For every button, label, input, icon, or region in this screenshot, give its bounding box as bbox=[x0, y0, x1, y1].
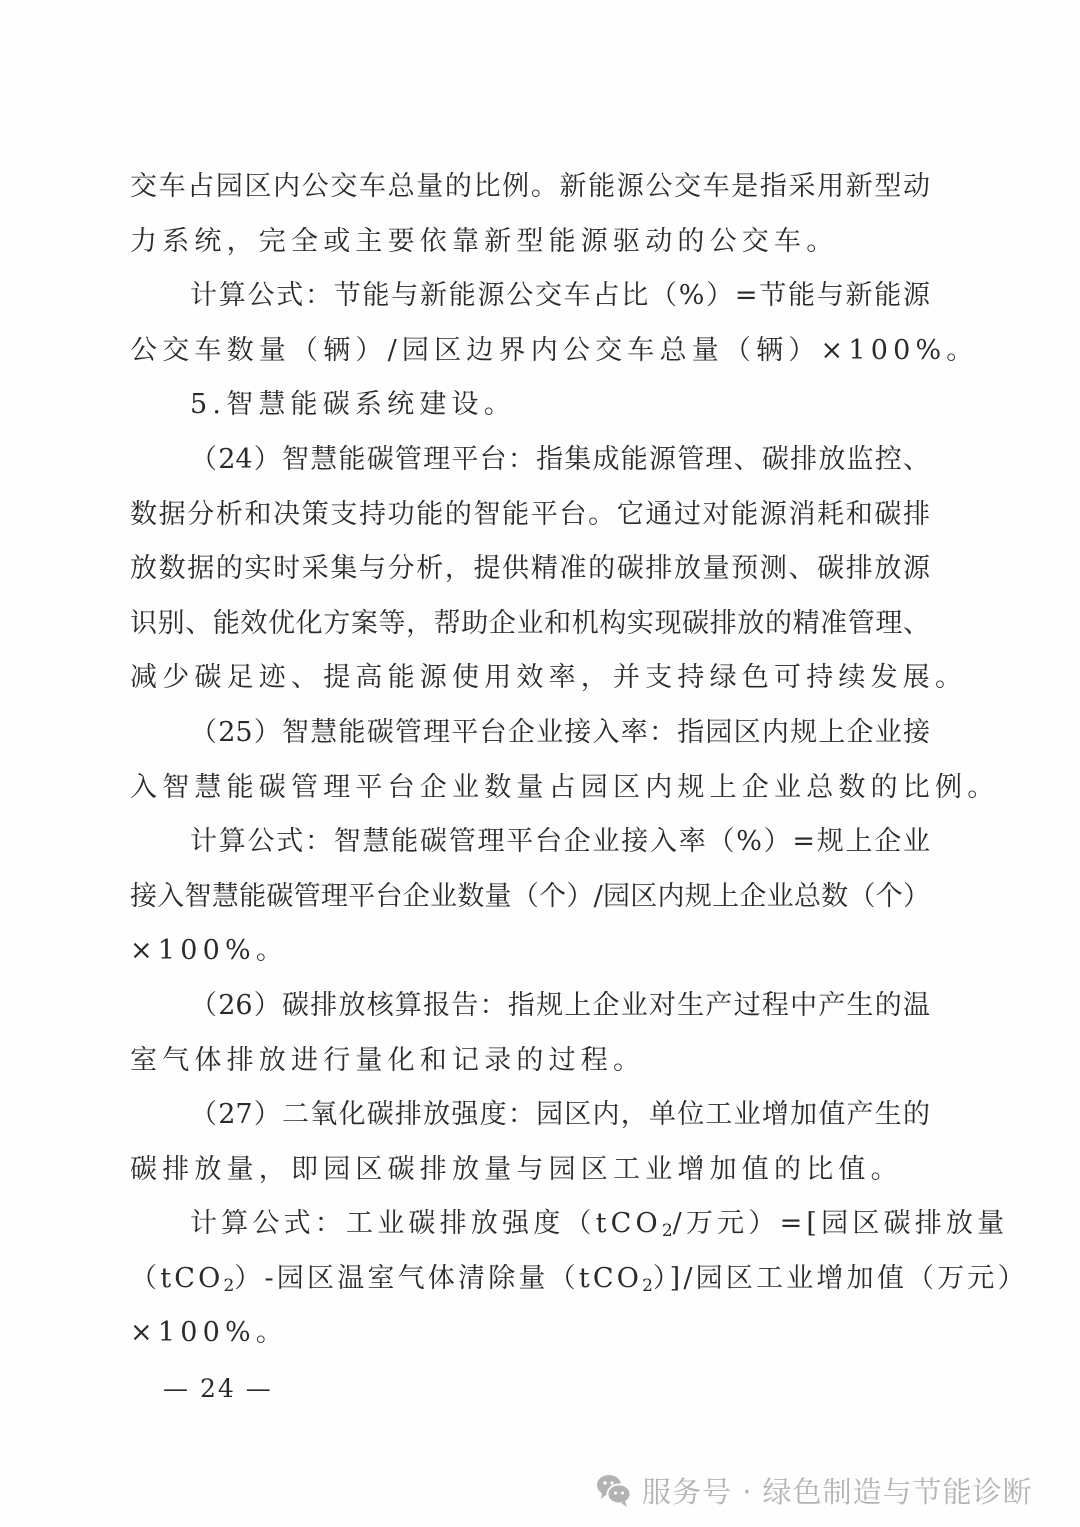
formula-line: ×100%。 bbox=[130, 1306, 930, 1361]
formula-text: ）-园区温室气体清除量（tCO bbox=[234, 1263, 642, 1294]
formula-line: ×100%。 bbox=[130, 924, 930, 979]
text-line: 室气体排放进行量化和记录的过程。 bbox=[130, 1034, 930, 1089]
text-line: 力系统，完全或主要依靠新型能源驱动的公交车。 bbox=[130, 215, 930, 270]
watermark-text: 服务号 · 绿色制造与节能诊断 bbox=[642, 1470, 1033, 1511]
formula-line: 接入智慧能碳管理平台企业数量（个）/园区内规上企业总数（个） bbox=[130, 870, 930, 925]
page-number: — 24 — bbox=[163, 1374, 273, 1403]
document-page: 交车占园区内公交车总量的比例。新能源公交车是指采用新型动 力系统，完全或主要依靠… bbox=[0, 0, 1080, 1527]
formula-text: ）]/园区工业增加值（万元） bbox=[653, 1263, 1028, 1294]
text-line: 识别、能效优化方案等，帮助企业和机构实现碳排放的精准管理、 bbox=[130, 597, 930, 652]
section-heading: 5.智慧能碳系统建设。 bbox=[130, 378, 930, 433]
subscript: 2 bbox=[223, 1276, 234, 1296]
body-text: 交车占园区内公交车总量的比例。新能源公交车是指采用新型动 力系统，完全或主要依靠… bbox=[130, 160, 930, 1361]
formula-line: （tCO2）-园区温室气体清除量（tCO2）]/园区工业增加值（万元） bbox=[130, 1252, 930, 1307]
formula-line: 计算公式：工业碳排放强度（tCO2/万元）=[园区碳排放量 bbox=[130, 1197, 930, 1252]
subscript: 2 bbox=[662, 1221, 673, 1241]
definition-27-line: （27）二氧化碳排放强度：园区内，单位工业增加值产生的 bbox=[130, 1088, 930, 1143]
text-line: 碳排放量，即园区碳排放量与园区工业增加值的比值。 bbox=[130, 1143, 930, 1198]
watermark: 服务号 · 绿色制造与节能诊断 bbox=[596, 1466, 1033, 1514]
definition-24-line: （24）智慧能碳管理平台：指集成能源管理、碳排放监控、 bbox=[130, 433, 930, 488]
subscript: 2 bbox=[642, 1276, 653, 1296]
formula-line: 计算公式：节能与新能源公交车占比（%）=节能与新能源 bbox=[130, 269, 930, 324]
text-line: 数据分析和决策支持功能的智能平台。它通过对能源消耗和碳排 bbox=[130, 488, 930, 543]
formula-text: 计算公式：工业碳排放强度（tCO bbox=[190, 1208, 662, 1239]
text-line: 放数据的实时采集与分析，提供精准的碳排放量预测、碳排放源 bbox=[130, 542, 930, 597]
text-line: 交车占园区内公交车总量的比例。新能源公交车是指采用新型动 bbox=[130, 160, 930, 215]
text-line: 减少碳足迹、提高能源使用效率，并支持绿色可持续发展。 bbox=[130, 651, 930, 706]
text-line: 入智慧能碳管理平台企业数量占园区内规上企业总数的比例。 bbox=[130, 761, 930, 816]
formula-line: 公交车数量（辆）/园区边界内公交车总量（辆）×100%。 bbox=[130, 324, 930, 379]
definition-26-line: （26）碳排放核算报告：指规上企业对生产过程中产生的温 bbox=[130, 979, 930, 1034]
definition-25-line: （25）智慧能碳管理平台企业接入率：指园区内规上企业接 bbox=[130, 706, 930, 761]
wechat-icon bbox=[596, 1472, 632, 1508]
formula-line: 计算公式：智慧能碳管理平台企业接入率（%）=规上企业 bbox=[130, 815, 930, 870]
formula-text: （tCO bbox=[130, 1263, 223, 1294]
formula-text: /万元）=[园区碳排放量 bbox=[673, 1208, 1009, 1239]
